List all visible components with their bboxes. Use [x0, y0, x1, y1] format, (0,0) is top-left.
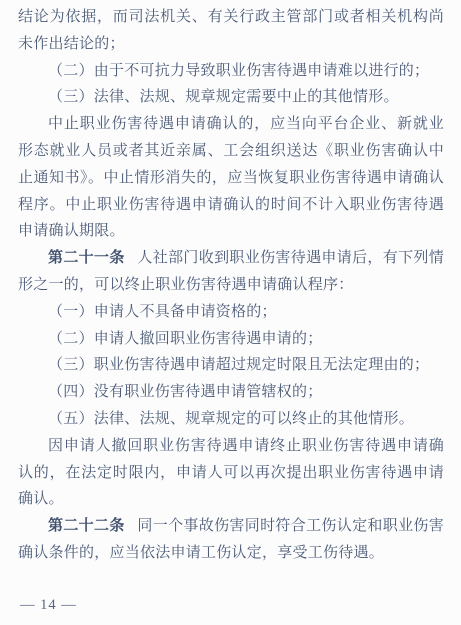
page-number: — 14 —: [20, 597, 77, 614]
paragraph-text: （三）职业伤害待遇申请超过规定时限且无法定理由的；: [48, 357, 429, 373]
clause-item-3: （三）法律、法规、规章规定需要中止的其他情形。: [18, 84, 444, 111]
article-22: 第二十二条同一个事故伤害同时符合工伤认定和职业伤害确认条件的，应当依法申请工伤认…: [18, 513, 444, 567]
document-body: 结论为依据，而司法机关、有关行政主管部门或者相关机构尚未作出结论的；（二）由于不…: [18, 4, 444, 567]
paragraph-text: （四）没有职业伤害待遇申请管辖权的；: [48, 384, 323, 400]
clause-item-3b: （三）职业伤害待遇申请超过规定时限且无法定理由的；: [18, 352, 444, 379]
clause-item-2b: （二）申请人撤回职业伤害待遇申请的；: [18, 326, 444, 353]
article-21: 第二十一条人社部门收到职业伤害待遇申请后，有下列情形之一的，可以终止职业伤害待遇…: [18, 245, 444, 299]
article-number: 第二十二条: [48, 518, 125, 534]
clause-item-1: （一）申请人不具备申请资格的；: [18, 299, 444, 326]
paragraph-text: （二）申请人撤回职业伤害待遇申请的；: [48, 331, 323, 347]
paragraph-withdrawal-reapply: 因申请人撤回职业伤害待遇申请终止职业伤害待遇申请确认的，在法定时限内，申请人可以…: [18, 433, 444, 513]
article-number: 第二十一条: [48, 250, 125, 266]
paragraph-text: （一）申请人不具备申请资格的；: [48, 304, 277, 320]
paragraph-text: （三）法律、法规、规章规定需要中止的其他情形。: [48, 89, 399, 105]
clause-item-4: （四）没有职业伤害待遇申请管辖权的；: [18, 379, 444, 406]
paragraph-text: 中止职业伤害待遇申请确认的，应当向平台企业、新就业形态就业人员或者其近亲属、工会…: [18, 116, 444, 239]
paragraph-text: （二）由于不可抗力导致职业伤害待遇申请难以进行的；: [48, 63, 429, 79]
paragraph-text: （五）法律、法规、规章规定的可以终止的其他情形。: [48, 411, 414, 427]
clause-item-2: （二）由于不可抗力导致职业伤害待遇申请难以进行的；: [18, 58, 444, 85]
document-page: 结论为依据，而司法机关、有关行政主管部门或者相关机构尚未作出结论的；（二）由于不…: [0, 0, 461, 625]
paragraph-text: 因申请人撤回职业伤害待遇申请终止职业伤害待遇申请确认的，在法定时限内，申请人可以…: [18, 438, 444, 508]
paragraph-suspension-procedure: 中止职业伤害待遇申请确认的，应当向平台企业、新就业形态就业人员或者其近亲属、工会…: [18, 111, 444, 245]
paragraph-continuation: 结论为依据，而司法机关、有关行政主管部门或者相关机构尚未作出结论的；: [18, 4, 444, 58]
paragraph-text: 结论为依据，而司法机关、有关行政主管部门或者相关机构尚未作出结论的；: [18, 9, 444, 52]
clause-item-5: （五）法律、法规、规章规定的可以终止的其他情形。: [18, 406, 444, 433]
